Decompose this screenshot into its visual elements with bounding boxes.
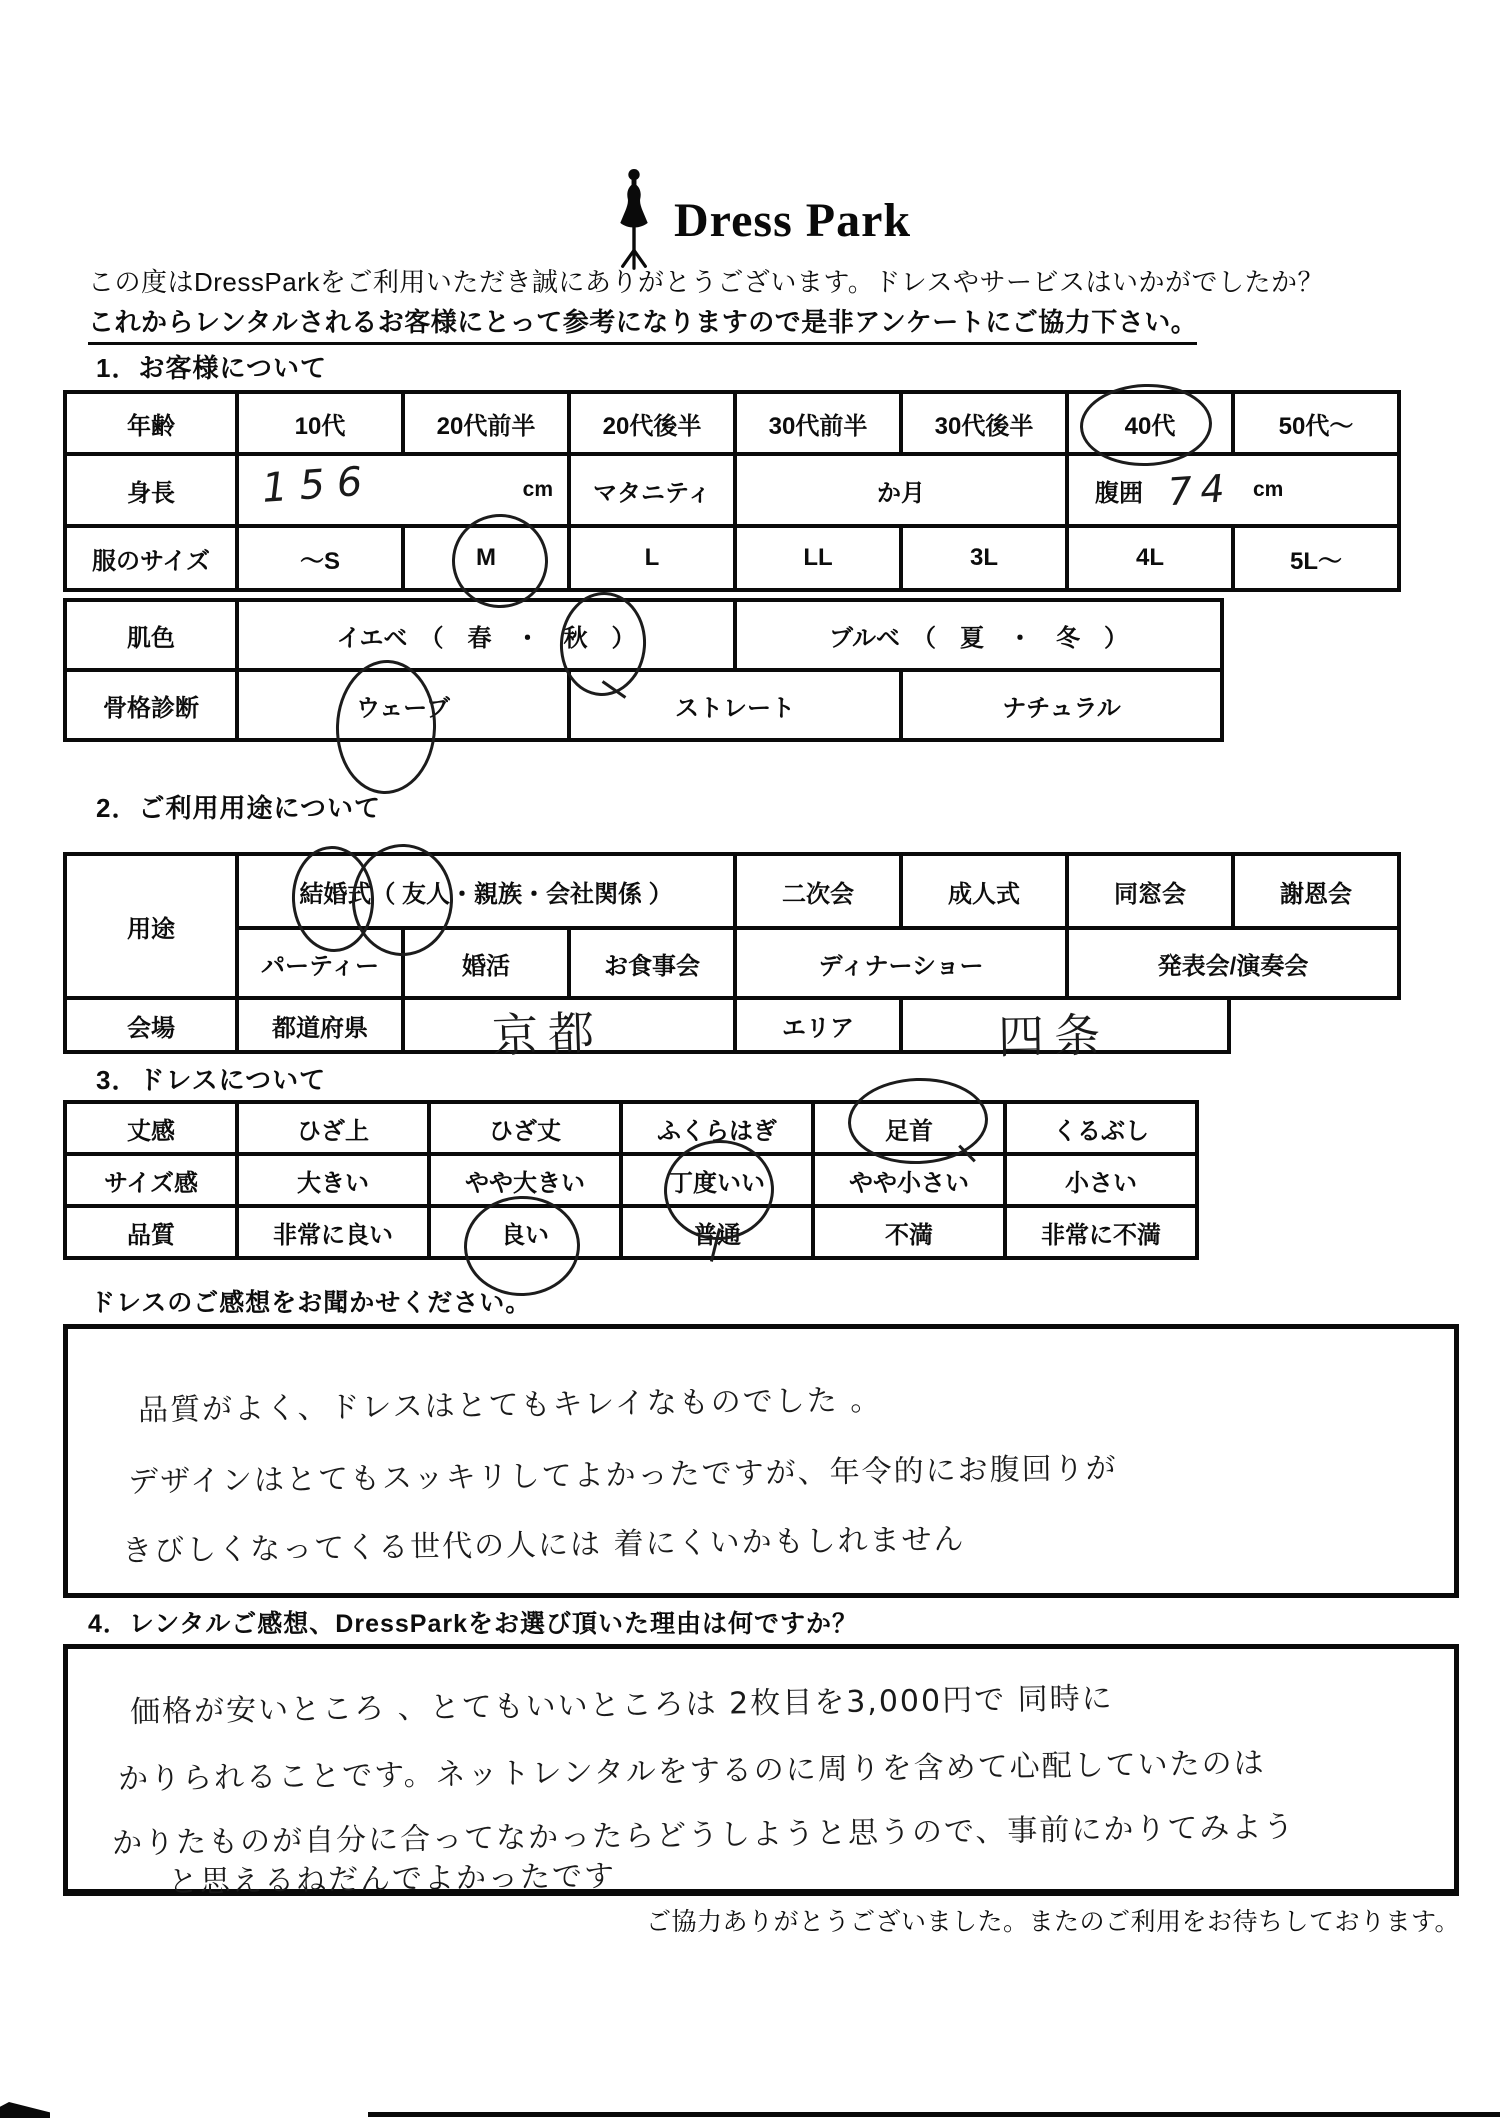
section-3-title: 3．ドレスについて [96,1060,326,1097]
age-label: 年齢 [67,394,239,452]
handwritten-prefecture-value: 京都 [491,996,605,1066]
intro-line-2: これからレンタルされるお客様にとって参考になりますので是非アンケートにご協力下さ… [88,302,1197,345]
age-option-late20s: 20代後半 [571,394,737,452]
usage-label-cell: 用途 [63,852,239,1000]
size-row: 服のサイズ ～S M L LL 3L 4L 5L～ [63,524,1401,592]
quality-label: 品質 [67,1208,239,1256]
logo: Dress Park [608,168,911,272]
skin-option-blue: ブルベ （ 夏 ・ 冬 ） [737,602,1220,668]
brand-text: Dress Park [674,193,911,248]
quality-row: 品質 非常に良い 良い 普通 不満 非常に不満 [63,1204,1199,1260]
waist-label: 腹囲 [1095,473,1143,508]
skin-option-yellow: イエベ （ 春 ・ 秋 ） [239,602,737,668]
size-option-3l: 3L [903,528,1069,588]
waist-cell: 腹囲 cm [1069,456,1397,524]
size-label: 服のサイズ [67,528,239,588]
length-option-anklebone: くるぶし [1007,1104,1195,1152]
months-label: か月 [737,456,1069,524]
frame-option-natural: ナチュラル [903,672,1220,738]
age-option-10s: 10代 [239,394,405,452]
size-option-l: L [571,528,737,588]
frame-row: 骨格診断 ウェーブ ストレート ナチュラル [63,668,1224,742]
scan-artifact-line [368,2112,1500,2117]
handwritten-rental-line-4: と思えるねだんでよかったです [168,1851,617,1901]
usage-option-afterparty: 二次会 [737,856,903,926]
usage-option-dinnerparty: お食事会 [571,930,737,996]
usage-option-reunion: 同窓会 [1069,856,1235,926]
frame-label: 骨格診断 [67,672,239,738]
handwritten-waist-value: 74 [1167,466,1234,514]
height-unit: cm [523,478,553,502]
maternity-label: マタニティ [571,456,737,524]
usage-option-recital: 発表会/演奏会 [1069,930,1397,996]
age-option-early30s: 30代前半 [737,394,903,452]
waist-unit: cm [1253,478,1283,502]
handwritten-height-value: 156 [261,458,376,512]
quality-option-verygood: 非常に良い [239,1208,431,1256]
scan-artifact-corner [0,2102,50,2118]
quality-option-unsatisfied: 不満 [815,1208,1007,1256]
footer-thanks: ご協力ありがとうございました。またのご利用をお待ちしております。 [646,1902,1460,1938]
age-option-early20s: 20代前半 [405,394,571,452]
size-option-4l: 4L [1069,528,1235,588]
length-row: 丈感 ひざ上 ひざ丈 ふくらはぎ 足首 くるぶし [63,1100,1199,1156]
venue-label: 会場 [67,1000,239,1050]
dress-comment-label: ドレスのご感想をお聞かせください。 [90,1283,531,1319]
age-option-late30s: 30代後半 [903,394,1069,452]
fit-row: サイズ感 大きい やや大きい 丁度いい やや小さい 小さい [63,1152,1199,1208]
skin-label: 肌色 [67,602,239,668]
intro-line-1: この度はDressParkをご利用いただき誠にありがとうございます。ドレスやサー… [88,262,1324,299]
fit-label: サイズ感 [67,1156,239,1204]
usage-option-comingofage: 成人式 [903,856,1069,926]
size-option-5l: 5L～ [1235,528,1397,588]
fit-option-small: 小さい [1007,1156,1195,1204]
usage-option-thanksparty: 謝恩会 [1235,856,1397,926]
usage-option-dinnershow: ディナーショー [737,930,1069,996]
prefecture-label: 都道府県 [239,1000,405,1050]
length-option-aboveknee: ひざ上 [239,1104,431,1152]
handwritten-area-value: 四条 [997,999,1110,1067]
height-label: 身長 [67,456,239,524]
section-2-title: 2．ご利用用途について [96,788,381,825]
section-4-title: 4．レンタルご感想、DressParkをお選び頂いた理由は何ですか？ [88,1604,858,1640]
area-label: エリア [737,1000,903,1050]
length-label: 丈感 [67,1104,239,1152]
dress-form-icon [608,168,660,272]
quality-option-veryunsatisfied: 非常に不満 [1007,1208,1195,1256]
usage-label: 用途 [67,856,235,996]
length-option-knee: ひざ丈 [431,1104,623,1152]
size-option-s: ～S [239,528,405,588]
age-option-50s: 50代～ [1235,394,1397,452]
section-1-title: 1．お客様について [96,348,327,385]
fit-option-large: 大きい [239,1156,431,1204]
size-option-ll: LL [737,528,903,588]
